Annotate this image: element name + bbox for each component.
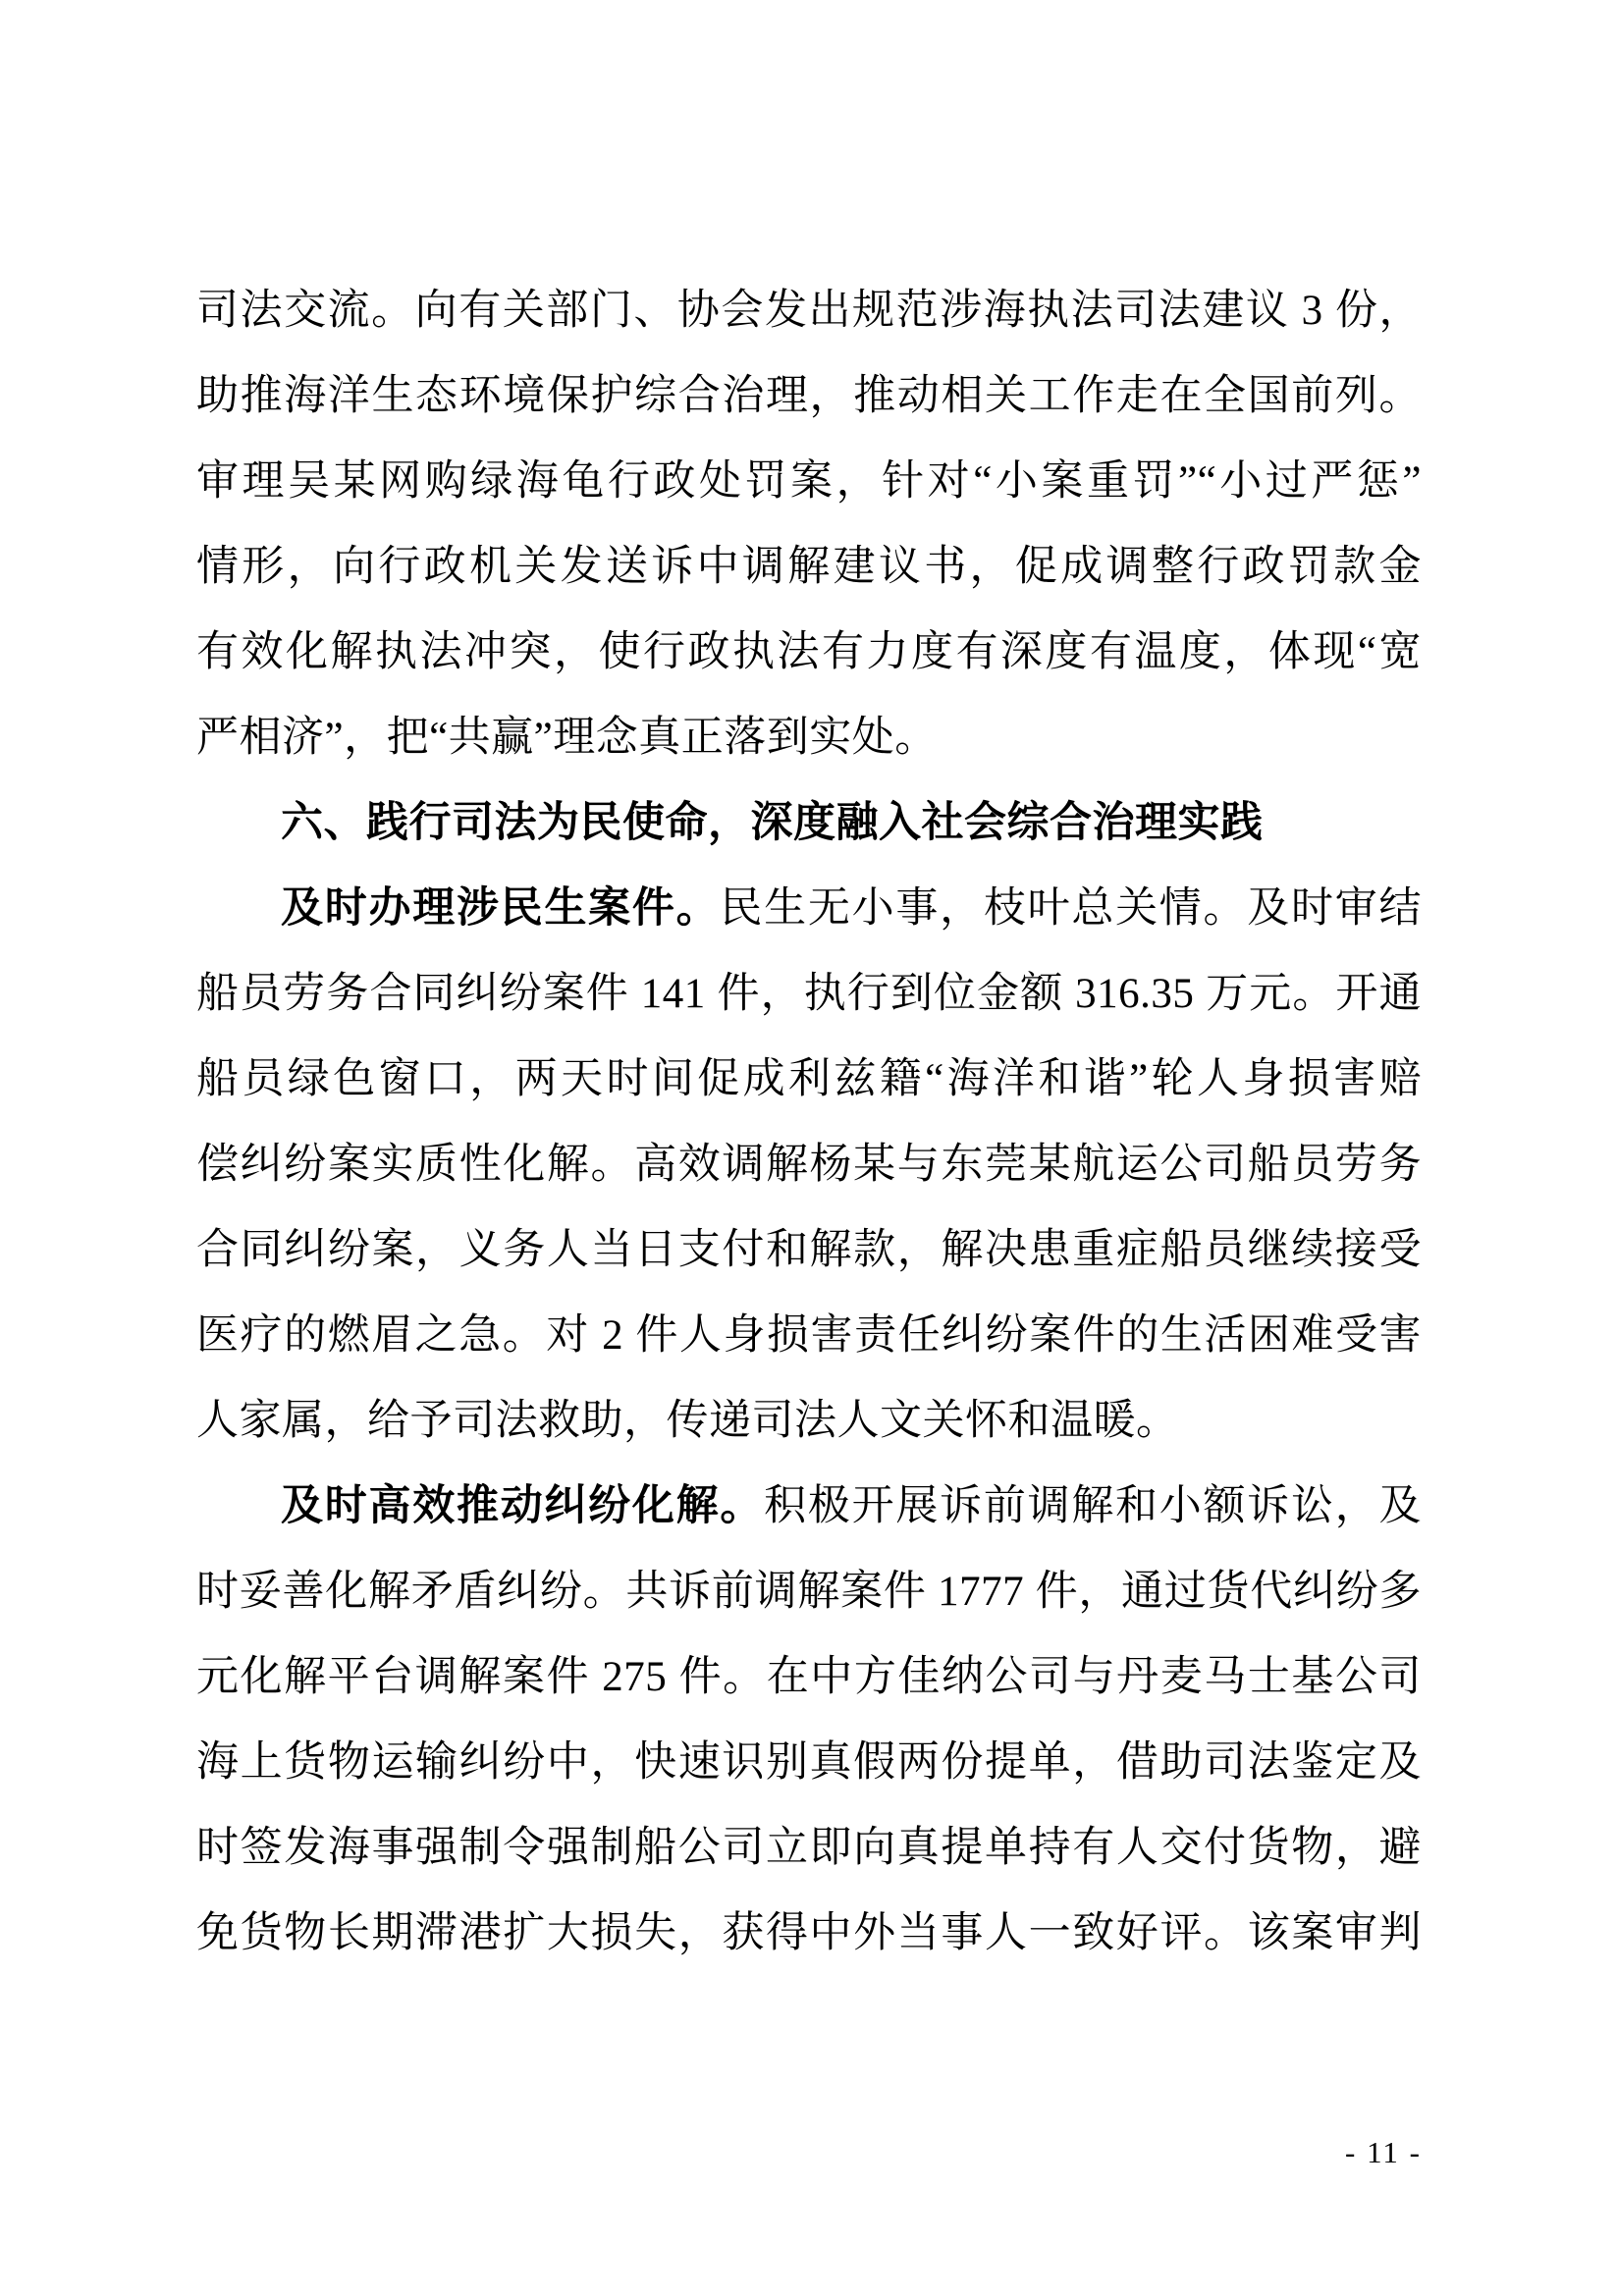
text-line: 助推海洋生态环境保护综合治理，推动相关工作走在全国前列。 [196,353,1422,439]
text-line: 时妥善化解矛盾纠纷。共诉前调解案件 1777 件，通过货代纠纷多 [196,1549,1422,1634]
body-text: 船员绿色窗口，两天时间促成利兹籍“海洋和谐”轮人身损害赔 [196,1056,1422,1102]
body-text: 民生无小事，枝叶总关情。及时审结 [720,885,1422,932]
text-line: 审理吴某网购绿海龟行政处罚案，针对“小案重罚”“小过严惩” [196,439,1422,524]
body-text: 严相济”，把“共赢”理念真正落到实处。 [196,715,938,761]
body-text: 合同纠纷案，义务人当日支付和解款，解决患重症船员继续接受 [196,1227,1422,1273]
text-line: 司法交流。向有关部门、协会发出规范涉海执法司法建议 3 份， [196,268,1422,353]
text-line: 合同纠纷案，义务人当日支付和解款，解决患重症船员继续接受 [196,1207,1422,1293]
body-text: 审理吴某网购绿海龟行政处罚案，针对“小案重罚”“小过严惩” [196,458,1422,505]
text-line: 及时办理涉民生案件。民生无小事，枝叶总关情。及时审结 [196,866,1422,951]
text-line: 时签发海事强制令强制船公司立即向真提单持有人交付货物，避 [196,1805,1422,1891]
document-page: 司法交流。向有关部门、协会发出规范涉海执法司法建议 3 份，助推海洋生态环境保护… [0,0,1616,2296]
text-line: 海上货物运输纠纷中，快速识别真假两份提单，借助司法鉴定及 [196,1720,1422,1805]
body-text: 时妥善化解矛盾纠纷。共诉前调解案件 1777 件，通过货代纠纷多 [196,1569,1422,1615]
text-line: 偿纠纷案实质性化解。高效调解杨某与东莞某航运公司船员劳务 [196,1122,1422,1207]
paragraph-lead-text: 及时办理涉民生案件。 [281,885,720,932]
text-line: 有效化解执法冲突，使行政执法有力度有深度有温度，体现“宽 [196,610,1422,695]
body-text: 船员劳务合同纠纷案件 141 件，执行到位金额 316.35 万元。开通 [196,971,1422,1017]
body-text: 积极开展诉前调解和小额诉讼，及 [764,1483,1422,1529]
body-text: 助推海洋生态环境保护综合治理，推动相关工作走在全国前列。 [196,373,1422,419]
body-text: 医疗的燃眉之急。对 2 件人身损害责任纠纷案件的生活困难受害 [196,1312,1422,1359]
paragraph-lead-text: 及时高效推动纠纷化解。 [281,1483,764,1529]
body-text: 人家属，给予司法救助，传递司法人文关怀和温暖。 [196,1398,1179,1444]
heading-text: 六、践行司法为民使命，深度融入社会综合治理实践 [281,799,1264,846]
section-heading: 六、践行司法为民使命，深度融入社会综合治理实践 [196,780,1422,866]
body-text: 偿纠纷案实质性化解。高效调解杨某与东莞某航运公司船员劳务 [196,1142,1422,1188]
text-line: 及时高效推动纠纷化解。积极开展诉前调解和小额诉讼，及 [196,1464,1422,1549]
text-line: 船员劳务合同纠纷案件 141 件，执行到位金额 316.35 万元。开通 [196,951,1422,1037]
text-line: 情形，向行政机关发送诉中调解建议书，促成调整行政罚款金额， [196,524,1422,610]
body-text: 元化解平台调解案件 275 件。在中方佳纳公司与丹麦马士基公司 [196,1654,1422,1700]
body-text: 有效化解执法冲突，使行政执法有力度有深度有温度，体现“宽 [196,629,1422,675]
text-line: 医疗的燃眉之急。对 2 件人身损害责任纠纷案件的生活困难受害 [196,1293,1422,1378]
page-number: - 11 - [196,2123,1422,2182]
body-text: 免货物长期滞港扩大损失，获得中外当事人一致好评。该案审判 [196,1910,1422,1956]
text-body: 司法交流。向有关部门、协会发出规范涉海执法司法建议 3 份，助推海洋生态环境保护… [196,268,1422,1976]
text-line: 元化解平台调解案件 275 件。在中方佳纳公司与丹麦马士基公司 [196,1634,1422,1720]
text-line: 人家属，给予司法救助，传递司法人文关怀和温暖。 [196,1378,1422,1464]
text-line: 免货物长期滞港扩大损失，获得中外当事人一致好评。该案审判 [196,1891,1422,1976]
body-text: 海上货物运输纠纷中，快速识别真假两份提单，借助司法鉴定及 [196,1739,1422,1786]
text-line: 严相济”，把“共赢”理念真正落到实处。 [196,695,1422,780]
body-text: 情形，向行政机关发送诉中调解建议书，促成调整行政罚款金额， [196,544,1422,610]
text-line: 船员绿色窗口，两天时间促成利兹籍“海洋和谐”轮人身损害赔 [196,1037,1422,1122]
body-text: 司法交流。向有关部门、协会发出规范涉海执法司法建议 3 份， [196,288,1422,334]
body-text: 时签发海事强制令强制船公司立即向真提单持有人交付货物，避 [196,1825,1422,1871]
